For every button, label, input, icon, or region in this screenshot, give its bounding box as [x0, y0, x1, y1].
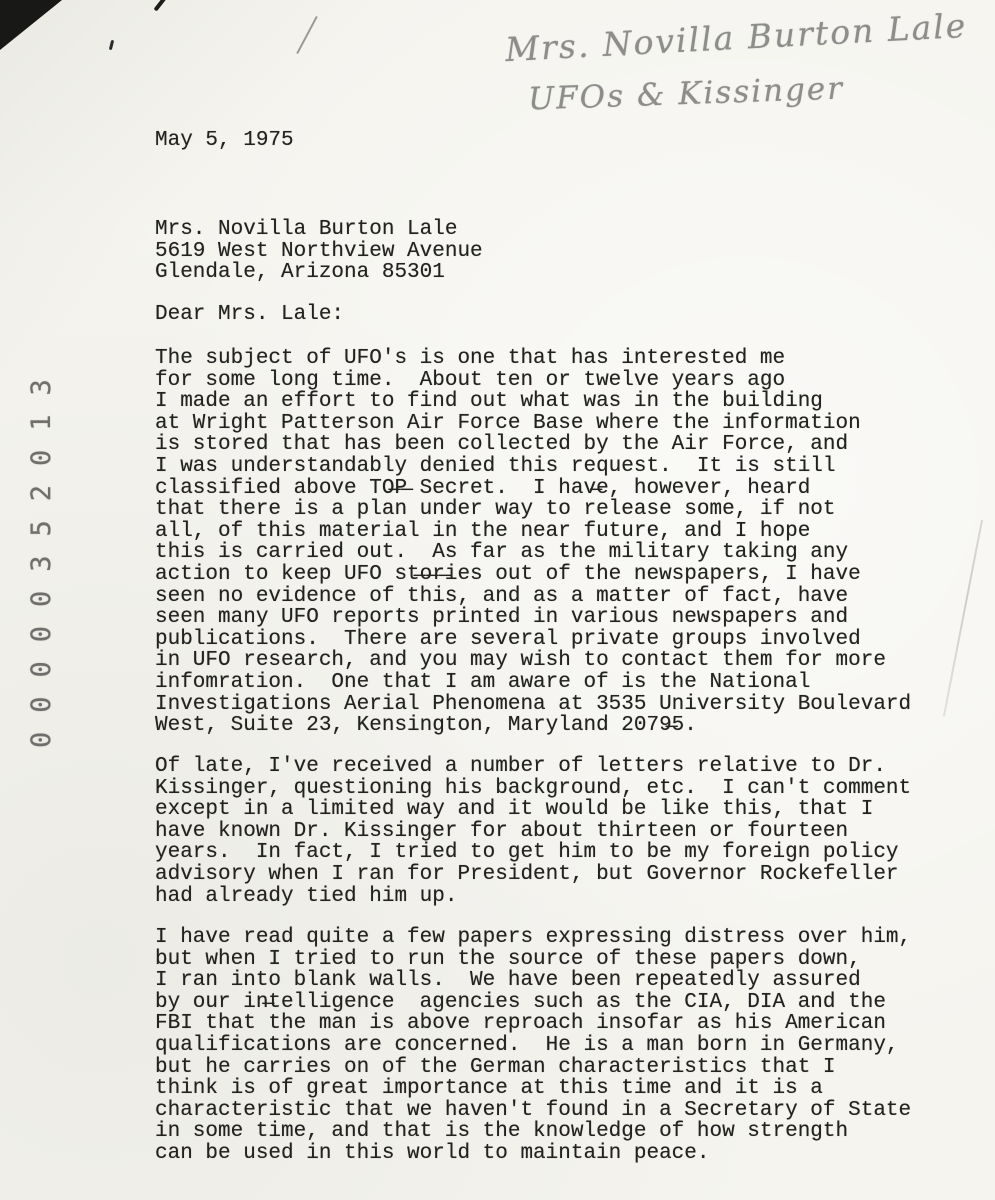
pen-mark-small: [109, 40, 114, 50]
scanned-letter-page: Mrs. Novilla Burton Lale UFOs & Kissinge…: [0, 0, 995, 1200]
typed-line: action to keep UFO st̶o̶r̶ies out of the…: [155, 564, 975, 586]
typed-line: have known Dr. Kissinger for about thirt…: [155, 821, 975, 843]
address-line: 5619 West Northview Avenue: [155, 241, 975, 263]
typed-line: can be used in this world to maintain pe…: [155, 1143, 975, 1165]
typed-line: I made an effort to find out what was in…: [155, 391, 975, 413]
typed-line: infomration. One that I am aware of is t…: [155, 672, 975, 694]
typed-line: characteristic that we haven't found in …: [155, 1100, 975, 1122]
typed-line: had already tied him up.: [155, 886, 975, 908]
typed-line: advisory when I ran for President, but G…: [155, 864, 975, 886]
typed-line: but when I tried to run the source of th…: [155, 949, 975, 971]
scanned-document: { "colors": { "paper_color": "#f5f4ef", …: [0, 0, 995, 1200]
recipient-address: Mrs. Novilla Burton Lale5619 West Northv…: [155, 219, 975, 284]
typed-line: is stored that has been collected by the…: [155, 434, 975, 456]
typed-line: qualifications are concerned. He is a ma…: [155, 1035, 975, 1057]
typed-line: years. In fact, I tried to get him to be…: [155, 842, 975, 864]
typed-line: The subject of UFO's is one that has int…: [155, 348, 975, 370]
typed-line: that there is a plan under way to releas…: [155, 499, 975, 521]
typed-line: in some time, and that is the knowledge …: [155, 1121, 975, 1143]
typed-line: seen no evidence of this, and as a matte…: [155, 586, 975, 608]
typed-line: I was understandably denied this request…: [155, 456, 975, 478]
typed-line: I ran into blank walls. We have been rep…: [155, 970, 975, 992]
typed-line: in UFO research, and you may wish to con…: [155, 650, 975, 672]
pen-mark-top-edge: [153, 0, 166, 12]
salutation: Dear Mrs. Lale:: [155, 304, 975, 326]
typed-line: all, of this material in the near future…: [155, 521, 975, 543]
document-number-stamp: 00000352013: [26, 360, 57, 748]
pen-mark-slash: [296, 16, 317, 54]
address-line: Glendale, Arizona 85301: [155, 262, 975, 284]
typed-line: except in a limited way and it would be …: [155, 799, 975, 821]
typed-line: but he carries on of the German characte…: [155, 1057, 975, 1079]
typed-line: Investigations Aerial Phenomena at 3535 …: [155, 694, 975, 716]
address-line: Mrs. Novilla Burton Lale: [155, 219, 975, 241]
letter-date: May 5, 1975: [155, 130, 975, 152]
typed-line: Kissinger, questioning his background, e…: [155, 778, 975, 800]
paragraph-intelligence-assurance: I have read quite a few papers expressin…: [155, 927, 975, 1165]
typed-line: West, Suite 23, Kensington, Maryland 207…: [155, 715, 975, 737]
typed-line: by our in̶telligence agencies such as th…: [155, 992, 975, 1014]
paragraph-ufo-subject: The subject of UFO's is one that has int…: [155, 348, 975, 737]
typed-line: this is carried out. As far as the milit…: [155, 542, 975, 564]
typed-line: publications. There are several private …: [155, 629, 975, 651]
typed-line: FBI that the man is above reproach insof…: [155, 1013, 975, 1035]
typed-line: Of late, I've received a number of lette…: [155, 756, 975, 778]
typed-line: think is of great importance at this tim…: [155, 1078, 975, 1100]
handwritten-annotation-name: Mrs. Novilla Burton Lale: [504, 6, 968, 69]
typed-line: I have read quite a few papers expressin…: [155, 927, 975, 949]
typed-line: classified above TO̶P̶ Secret. I hav̶e, …: [155, 478, 975, 500]
typed-line: for some long time. About ten or twelve …: [155, 370, 975, 392]
paragraph-kissinger-letters: Of late, I've received a number of lette…: [155, 756, 975, 907]
typed-line: at Wright Patterson Air Force Base where…: [155, 413, 975, 435]
handwritten-annotation-subject: UFOs & Kissinger: [527, 70, 844, 117]
typed-line: seen many UFO reports printed in various…: [155, 607, 975, 629]
scan-corner-artifact: [0, 0, 62, 50]
